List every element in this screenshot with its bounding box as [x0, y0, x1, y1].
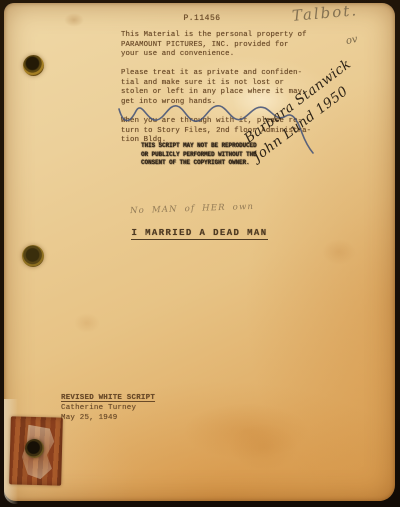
script-number: P.11456	[122, 14, 282, 23]
brass-brad-bottom	[25, 439, 44, 458]
paper-stain	[229, 423, 299, 471]
script-cover-photo: P.11456 This Material is the personal pr…	[0, 0, 400, 507]
paper-stain	[64, 13, 84, 27]
author-name: Catherine Turney	[61, 403, 155, 413]
script-date: May 25, 1949	[61, 413, 155, 423]
script-title: I MARRIED A DEAD MAN	[131, 228, 267, 240]
notice-paragraph-1: This Material is the personal property o…	[121, 31, 306, 60]
pencil-retitle-annotation: No MAN of HER own	[130, 202, 254, 216]
paper-stain	[322, 239, 356, 265]
brass-brad-middle	[22, 245, 44, 267]
notice-line: This Material is the personal property o…	[121, 31, 306, 41]
pencil-name-annotation: Talbot.	[291, 1, 358, 25]
notice-line: your use and convenience.	[121, 50, 306, 60]
footer-block: REVISED WHITE SCRIPT Catherine Turney Ma…	[61, 393, 155, 423]
notice-line: PARAMOUNT PICTURES, INC. provided for	[121, 41, 306, 51]
notice-line: Please treat it as private and confiden-	[121, 69, 306, 79]
title-row: I MARRIED A DEAD MAN	[4, 222, 395, 240]
paper-stain	[74, 313, 100, 333]
stamp-line: CONSENT OF THE COPYRIGHT OWNER.	[141, 159, 271, 168]
script-type: REVISED WHITE SCRIPT	[61, 393, 155, 403]
brass-brad-top	[23, 55, 44, 76]
script-cover-page: P.11456 This Material is the personal pr…	[4, 3, 395, 501]
